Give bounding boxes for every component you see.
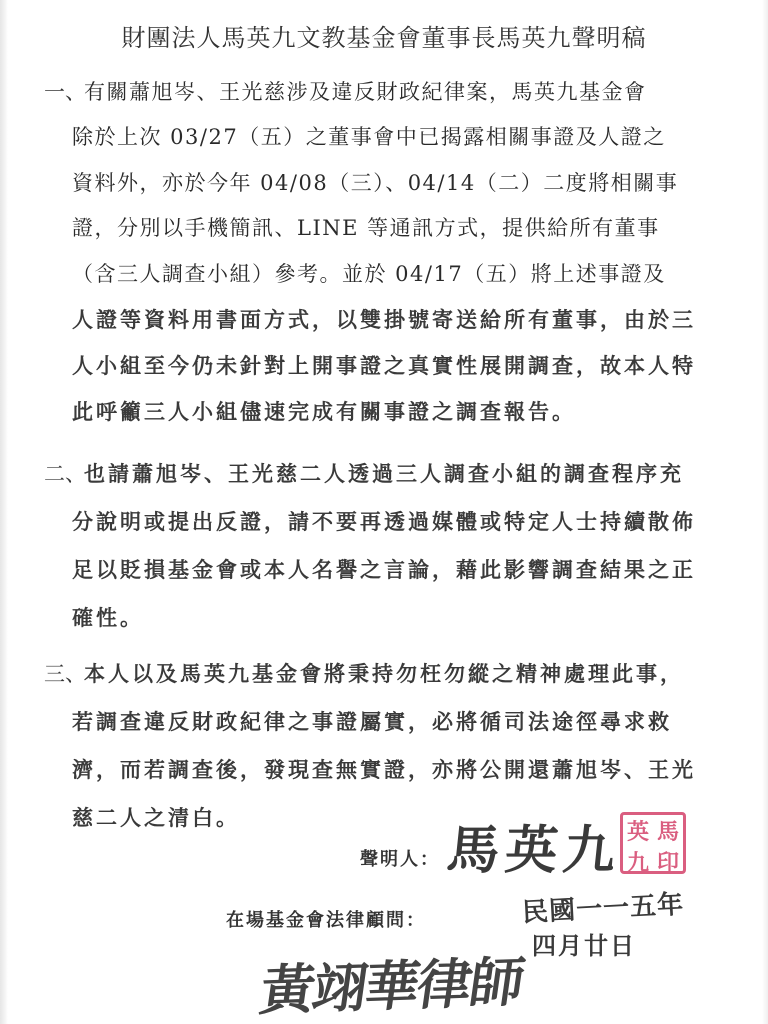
section-line: 濟，而若調查後，發現查無實證，亦將公開還蕭旭岑、王光: [72, 754, 696, 784]
section-line: 確性。: [72, 602, 144, 632]
section-line: 足以貶損基金會或本人名譽之言論，藉此影響調查結果之正: [72, 554, 696, 584]
section-number: 一、: [44, 76, 86, 106]
section-line: 除於上次 03/27（五）之董事會中已揭露相關事證及人證之: [72, 121, 666, 151]
section-line: 人小組至今仍未針對上開事證之真實性展開調查，故本人特: [72, 350, 696, 380]
seal-char: 九: [627, 846, 649, 877]
seal-char: 印: [657, 846, 679, 877]
page-left-edge-shadow: [0, 0, 8, 1024]
date-line-2: 四月廿日: [532, 926, 636, 961]
page-right-edge-shadow: [762, 0, 768, 1024]
document-title: 財團法人馬英九文教基金會董事長馬英九聲明稿: [0, 18, 768, 53]
section-line: 也請蕭旭岑、王光慈二人透過三人調查小組的調查程序充: [84, 458, 684, 488]
section-number: 三、: [44, 658, 86, 688]
date-line-1: 民國一一五年: [521, 884, 685, 929]
section-line: 此呼籲三人小組儘速完成有關事證之調查報告。: [72, 396, 576, 426]
section-line: 人證等資料用書面方式，以雙掛號寄送給所有董事，由於三: [72, 304, 696, 334]
section-line: 有關蕭旭岑、王光慈涉及違反財政紀律案，馬英九基金會: [84, 76, 647, 106]
section-line: 若調查違反財政紀律之事證屬實，必將循司法途徑尋求救: [72, 706, 672, 736]
section-line: 分說明或提出反證，請不要再透過媒體或特定人士持續散佈: [72, 506, 696, 536]
section-number: 二、: [44, 458, 86, 488]
seal-char: 英: [627, 815, 649, 846]
counsel-label: 在場基金會法律顧問：: [226, 906, 426, 932]
personal-seal: 英 馬 九 印: [620, 812, 686, 874]
declarant-signature: 馬英九: [444, 808, 626, 883]
section-line: 慈二人之清白。: [72, 802, 240, 832]
section-line: （含三人調查小組）參考。並於 04/17（五）將上述事證及: [72, 258, 666, 288]
section-line: 資料外，亦於今年 04/08（三）、04/14（二）二度將相關事: [72, 167, 678, 197]
section-line: 本人以及馬英九基金會將秉持勿枉勿縱之精神處理此事，: [84, 658, 684, 688]
counsel-signature: 黃翊華律師: [256, 939, 528, 1024]
seal-char: 馬: [657, 815, 679, 846]
declarant-label: 聲明人：: [360, 845, 440, 871]
section-line: 證，分別以手機簡訊、LINE 等通訊方式，提供給所有董事: [72, 212, 660, 242]
